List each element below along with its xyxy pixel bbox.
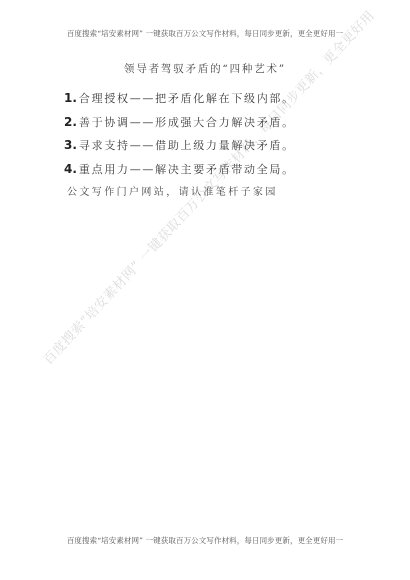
portal-note: 公文写作门户网站，请认准笔杆子家园 <box>67 183 278 198</box>
list-item: 3.寻求支持——借助上级力量解决矛盾。 <box>64 135 295 159</box>
list-item: 2.善于协调——形成强大合力解决矛盾。 <box>64 112 295 136</box>
list-item-text: 寻求支持——借助上级力量解决矛盾。 <box>79 139 295 152</box>
principles-list: 1.合理授权——把矛盾化解在下级内部。 2.善于协调——形成强大合力解决矛盾。 … <box>64 88 295 182</box>
list-item-number: 3. <box>64 138 77 152</box>
list-item: 4.重点用力——解决主要矛盾带动全局。 <box>64 159 295 183</box>
list-item-number: 2. <box>64 115 77 129</box>
list-item-number: 4. <box>64 162 77 176</box>
list-item: 1.合理授权——把矛盾化解在下级内部。 <box>64 88 295 112</box>
list-item-number: 1. <box>64 91 77 105</box>
list-item-text: 合理授权——把矛盾化解在下级内部。 <box>79 92 295 105</box>
list-item-text: 善于协调——形成强大合力解决矛盾。 <box>79 116 295 129</box>
footer-banner: 百度搜索“培安素材网” 一键获取百万公文写作材料，每日同步更新，更全更好用一 <box>0 535 410 546</box>
document-title: 领导者驾驭矛盾的“四种艺术” <box>0 61 410 76</box>
list-item-text: 重点用力——解决主要矛盾带动全局。 <box>79 163 295 176</box>
